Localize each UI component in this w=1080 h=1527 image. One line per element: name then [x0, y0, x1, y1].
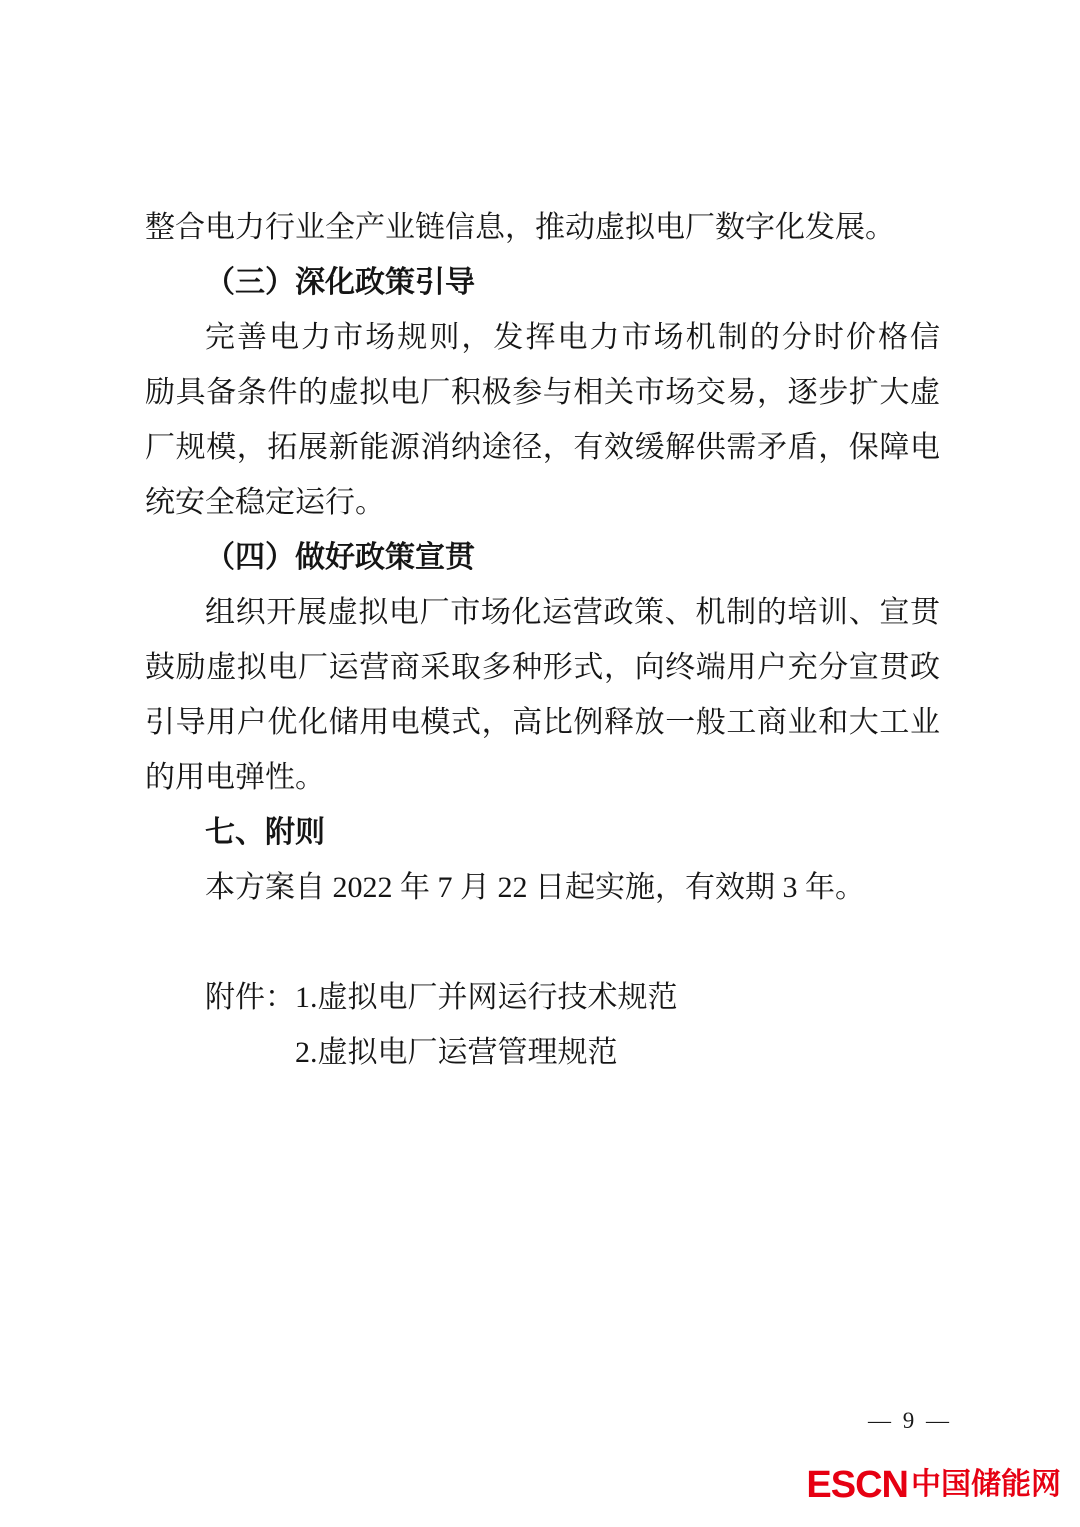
text-line: 厂规模，拓展新能源消纳途径，有效缓解供需矛盾，保障电力系: [145, 420, 940, 475]
section-heading-seven: 七、附则: [145, 805, 940, 860]
text-line: 的用电弹性。: [145, 750, 940, 805]
section-heading-four: （四）做好政策宣贯: [145, 530, 940, 585]
document-page: 整合电力行业全产业链信息，推动虚拟电厂数字化发展。 （三）深化政策引导 完善电力…: [145, 200, 940, 1080]
text-line: 鼓励虚拟电厂运营商采取多种形式，向终端用户充分宣贯政策，: [145, 640, 940, 695]
logo-cn-text: 中国储能网: [911, 1469, 1061, 1500]
logo-escn-text: ESCN: [806, 1470, 908, 1500]
text-line: 组织开展虚拟电厂市场化运营政策、机制的培训、宣贯工作。: [145, 585, 940, 640]
attachment-line-1: 附件：1.虚拟电厂并网运行技术规范: [145, 970, 940, 1025]
page-number: — 9 —: [835, 1405, 985, 1437]
effective-date-line: 本方案自 2022 年 7 月 22 日起实施，有效期 3 年。: [145, 860, 940, 915]
text-line: 励具备条件的虚拟电厂积极参与相关市场交易，逐步扩大虚拟电: [145, 365, 940, 420]
para-digitalization-end: 整合电力行业全产业链信息，推动虚拟电厂数字化发展。: [145, 200, 940, 255]
section-heading-three: （三）深化政策引导: [145, 255, 940, 310]
text-line: 完善电力市场规则，发挥电力市场机制的分时价格信号，鼓: [145, 310, 940, 365]
blank-line: [145, 915, 940, 970]
text-line: 统安全稳定运行。: [145, 475, 940, 530]
text-line: 引导用户优化储用电模式，高比例释放一般工商业和大工业负荷: [145, 695, 940, 750]
attachment-line-2: 2.虚拟电厂运营管理规范: [145, 1025, 940, 1080]
escn-logo: ESCN 中国储能网: [806, 1469, 1061, 1500]
